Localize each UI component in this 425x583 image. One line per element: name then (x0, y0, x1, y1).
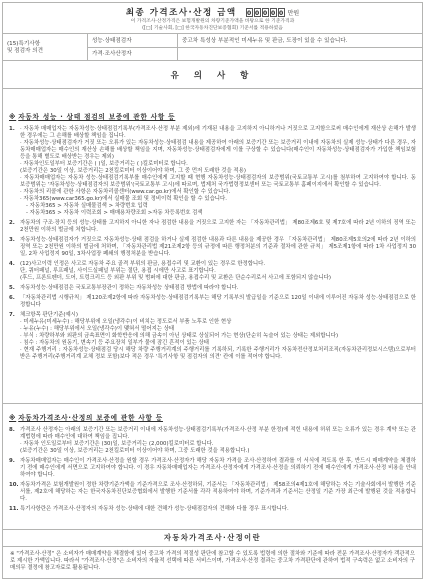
amount-digit-boxes: 00000 (246, 8, 285, 17)
item-number: 11. (9, 506, 20, 513)
appraiser-type-label: 가격·조사산정자 (87, 47, 177, 60)
item-text: 특기사항란은 가격조사·산정자의 자동차 성능·상태에 대한 견해가 성능·상태… (20, 506, 416, 513)
section1-heading-star: ※ (9, 113, 16, 121)
item-paragraph: 자동차가격은 보험개발원이 정한 차량기준가액을 기준가격으로 조사·산정하되,… (20, 482, 416, 503)
item-text: 자동차성능·상태점검자가 거짓으로 자동차성능·상태 점검을 하거나 실제 점검… (20, 237, 416, 258)
price-basis-line1: 이 가격조사·산정가격은 보험개발원의 차량기준가액을 바탕으로 한 기준가격과 (3, 19, 422, 25)
list-item: 10.자동차가격은 보험개발원이 정한 차량기준가액을 기준가격으로 조사·산정… (9, 482, 416, 503)
amount-digit-box: 0 (270, 8, 277, 17)
item-paragraph: 단, 쿼터패널, 루프패널, 사이드실패널 부위는 절단, 용접 시에만 사고로… (20, 268, 416, 275)
list-item: 4.(12)사고이력 인정은 사고로 자동차 주요 골격 부위의 판금, 용접수… (9, 261, 416, 282)
item-paragraph: 자동차성능·상태점검자가 거짓으로 자동차성능·상태 점검을 하거나 실제 점검… (20, 237, 416, 258)
footer-heading-row: 자동차가격조사·산정이란 (2, 529, 423, 547)
item-number: 6. (9, 295, 20, 309)
item-paragraph: (보증기간은 30일 이상, 보증거리는 2천킬로미터 이상이어야 하며, 그중… (20, 448, 416, 455)
item-paragraph: 「자동차관리법 시행규칙」 제120조제2항에 따라 자동차성능·상태점검기록부… (20, 295, 416, 309)
item-number: 7. (9, 312, 20, 361)
item-paragraph: 체크항목 판단기준(예시) (20, 312, 416, 319)
document-page: 최종 가격조사·산정 금액 00000 만원 이 가격조사·산정가격은 보험개발… (0, 0, 425, 583)
section1-heading: ※자동차 성능 · 상태 점검의 보증에 관한 사항 등 (9, 111, 416, 121)
list-item: 11.특기사항란은 가격조사·산정자의 자동차 성능·상태에 대한 견해가 성능… (9, 506, 416, 513)
list-item: 9.자동차매매업자는 매수인이 가격조사·산정을 원할 경우 가격조사·산정자가… (9, 458, 416, 479)
item-number: 4. (9, 261, 20, 282)
item-paragraph: · 자동차 매매업자는 자동차성능·상태점검기록부(가격조사·산정 부분 제외)… (20, 126, 416, 140)
item-paragraph: (12)사고이력 인정은 사고로 자동차 주요 골격 부위의 판금, 용접수리 … (20, 261, 416, 268)
item-paragraph: · 현재 주행거리 : 자동차성능·상태점검 당시 해당 차량 주행거리계의 주… (20, 347, 416, 361)
list-item: 2.자동차의 구조·장치 등의 성능·상태를 고지하지 아니한 자나 점검한 내… (9, 220, 416, 234)
amount-digit-box: 0 (278, 8, 285, 17)
remarks-table: (15)특기사항 및 점검자 의견 성능·상태점검자 중고차 특성상 부분적인 … (2, 33, 423, 61)
item-text: 「자동차관리법 시행규칙」 제120조제2항에 따라 자동차성능·상태점검기록부… (20, 295, 416, 309)
item-text: 체크항목 판단기준(예시)· 미세누유(미세누수) : 해당부위에 오일(냉각수… (20, 312, 416, 361)
amount-digit-box: 0 (254, 8, 261, 17)
item-paragraph: · 자동차매매업자는 자동차 성능·상태점검기록부를 매수인에게 고지할 때 현… (20, 175, 416, 189)
amount-unit-label: 만원 (288, 8, 300, 17)
item-paragraph: · 누유(누수) : 해당부위에서 오일(냉각수)이 맺혀서 떨어지는 상태 (20, 326, 416, 333)
price-basis-line2: ([□] 기술사회, [□] 한국자동차진단보증협회) 기준서를 적용하였음 (3, 26, 422, 32)
item-paragraph: · 자동차성능·상태점검자가 거짓 또는 오류가 있는 자동차성능·상태점검 내… (20, 140, 416, 161)
notice-heading: 유 의 사 항 (171, 69, 255, 81)
footer-definition-row: ※ "가격조사·산정" 은 소비자가 매매계약을 체결함에 있어 중고차 가격의… (2, 546, 423, 579)
footer-paragraph: ※ "가격조사·산정" 은 소비자가 매매계약을 체결함에 있어 중고차 가격의… (10, 551, 415, 572)
section-performance-warranty: ※자동차 성능 · 상태 점검의 보증에 관한 사항 등 1.· 자동차 매매업… (2, 88, 423, 404)
list-item: 5.자동차성능·상태점검은 국토교통부장관이 정하는 자동차성능 상태점검 방법… (9, 285, 416, 292)
section2-heading: ※자동차가격조사·산정의 보증에 관한 사항 등 (9, 412, 416, 422)
list-item: 6.「자동차관리법 시행규칙」 제120조제2항에 따라 자동차성능·상태점검기… (9, 295, 416, 309)
inspector-type-label: 성능·상태점검자 (87, 34, 177, 47)
item-number: 10. (9, 482, 20, 503)
item-paragraph: 특기사항란은 가격조사·산정자의 자동차 성능·상태에 대한 견해가 성능·상태… (20, 506, 416, 513)
item-paragraph: · 부식 : 차량하부와 외판의 금속표면이 화학반응에 의해 금속이 아닌 상… (20, 333, 416, 340)
remarks-row-label: (15)특기사항 및 점검자 의견 (3, 34, 87, 60)
notice-heading-row: 유 의 사 항 (2, 60, 423, 89)
item-paragraph: 가격조사 산정자는 아래의 보증기간 또는 보증거리 이내에 자동차성능·상태점… (20, 427, 416, 441)
list-item: 7.체크항목 판단기준(예시)· 미세누유(미세누수) : 해당부위에 오일(냉… (9, 312, 416, 361)
item-paragraph: · 자동차365(www.car365.go.kr)에서 실매물 조회 및 정비… (20, 196, 416, 203)
item-paragraph: · 자동차의 리콜에 관한 사항은 자동차리콜센터(www.car.go.kr)… (20, 189, 416, 196)
section2-heading-star: ※ (9, 414, 16, 422)
section2-heading-text: 자동차가격조사·산정의 보증에 관한 사항 등 (18, 414, 163, 422)
item-paragraph: · 미세누유(미세누수) : 해당부위에 오일(냉각수)이 비치는 정도로서 부… (20, 319, 416, 326)
section1-heading-text: 자동차 성능 · 상태 점검의 보증에 관한 사항 등 (18, 113, 175, 121)
list-item: 8.가격조사 산정자는 아래의 보증기간 또는 보증거리 이내에 자동차성능·상… (9, 427, 416, 455)
list-item: 1.· 자동차 매매업자는 자동차성능·상태점검기록부(가격조사·산정 부분 제… (9, 126, 416, 217)
remarks-row-label-line2: 및 점검자 의견 (7, 48, 84, 55)
item-text: 자동차성능·상태점검은 국토교통부장관이 정하는 자동차성능 상태점검 방법에 … (20, 285, 416, 292)
appraiser-remark-value (177, 47, 422, 60)
inspector-remark-value: 중고차 특성상 부분적인 미세누유 및 판금, 도장이 있을 수 있습니다. (177, 34, 422, 47)
item-text: · 자동차 매매업자는 자동차성능·상태점검기록부(가격조사·산정 부분 제외)… (20, 126, 416, 217)
item-paragraph: (후드, 프론트펜더, 도어, 트렁크리드 등 외판 부위 및 범퍼에 대한 판… (20, 275, 416, 282)
list-item: 3.자동차성능·상태점검자가 거짓으로 자동차성능·상태 점검을 하거나 실제 … (9, 237, 416, 258)
item-text: 자동차가격은 보험개발원이 정한 차량기준가액을 기준가격으로 조사·산정하되,… (20, 482, 416, 503)
item-text: 자동차의 구조·장치 등의 성능·상태를 고지하지 아니한 자나 점검한 내용을… (20, 220, 416, 234)
item-number: 2. (9, 220, 20, 234)
item-text: 가격조사 산정자는 아래의 보증기간 또는 보증거리 이내에 자동차성능·상태점… (20, 427, 416, 455)
amount-digit-box: 0 (262, 8, 269, 17)
item-number: 1. (9, 126, 20, 217)
item-paragraph: - 자동차365 > 자동차 이력조회 > 매매용차량조회 >자동 차등록번호 … (20, 210, 416, 217)
item-paragraph: 자동차매매업자는 매수인이 가격조사·산정을 원할 경우 가격조사·산정자가 해… (20, 458, 416, 479)
item-text: (12)사고이력 인정은 사고로 자동차 주요 골격 부위의 판금, 용접수리 … (20, 261, 416, 282)
section1-items: 1.· 자동차 매매업자는 자동차성능·상태점검기록부(가격조사·산정 부분 제… (9, 126, 416, 361)
item-paragraph: - 자동차365 > 자동차 실매물검색 > 차량번호 입력 (20, 203, 416, 210)
item-paragraph: (보증기간은 30일 이상, 보증거리는 2천킬로미터 이상이어야 하며, 그 … (20, 168, 416, 175)
final-price-title: 최종 가격조사·산정 금액 (126, 6, 237, 18)
item-paragraph: 자동차성능·상태점검은 국토교통부장관이 정하는 자동차성능 상태점검 방법에 … (20, 285, 416, 292)
item-paragraph: · 침수 : 자동차의 원동기, 변속기 등 주요장치 일부가 물에 잠긴 흔적… (20, 340, 416, 347)
section-price-appraisal-warranty: ※자동차가격조사·산정의 보증에 관한 사항 등 8.가격조사 산정자는 아래의… (2, 403, 423, 530)
item-paragraph: 자동차의 구조·장치 등의 성능·상태를 고지하지 아니한 자나 점검한 내용을… (20, 220, 416, 234)
item-number: 8. (9, 427, 20, 455)
section2-items: 8.가격조사 산정자는 아래의 보증기간 또는 보증거리 이내에 자동차성능·상… (9, 427, 416, 513)
item-paragraph: · 자동차인도일부터 보증기간은 ( )일, 보증거리는 ( )킬로미터로 합니… (20, 161, 416, 168)
item-number: 9. (9, 458, 20, 479)
item-number: 3. (9, 237, 20, 258)
item-number: 5. (9, 285, 20, 292)
item-text: 자동차매매업자는 매수인이 가격조사·산정을 원할 경우 가격조사·산정자가 해… (20, 458, 416, 479)
amount-digit-box: 0 (246, 8, 253, 17)
item-paragraph: · 자동차 인도일로부터 보증기간은 (30)일, 보증거리는 (2,000)킬… (20, 441, 416, 448)
footer-heading: 자동차가격조사·산정이란 (164, 533, 261, 543)
final-price-block: 최종 가격조사·산정 금액 00000 만원 이 가격조사·산정가격은 보험개발… (2, 2, 423, 34)
